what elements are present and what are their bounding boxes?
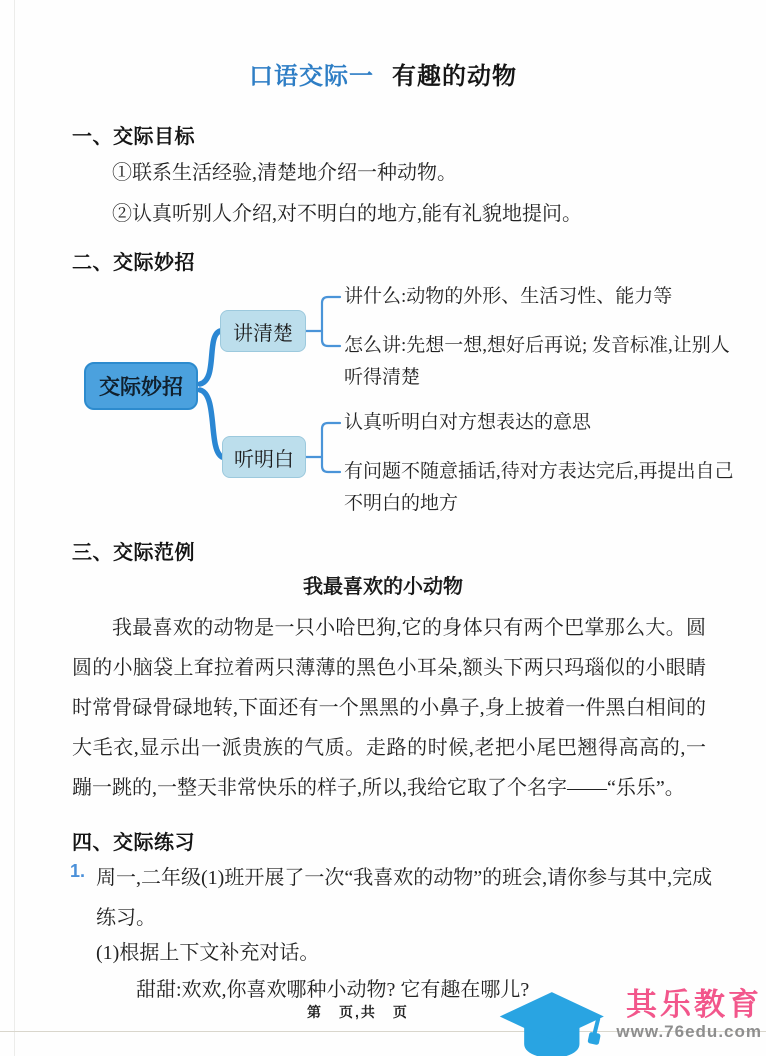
mindmap-leaf-no-interrupt: 有问题不随意插话,待对方表达完后,再提出自己不明白的地方 bbox=[344, 456, 740, 520]
lesson-unit-title: 口语交际一 bbox=[249, 63, 374, 90]
mindmap-branch-listen-well: 听明白 bbox=[222, 436, 306, 478]
goal-item-1: ①联系生活经验,清楚地介绍一种动物。 bbox=[112, 156, 457, 185]
publisher-name: 其乐教育 bbox=[626, 988, 762, 1022]
dialogue-line: 甜甜:欢欢,你喜欢哪种小动物? 它有趣在哪儿? bbox=[136, 973, 529, 1002]
section-heading-practice: 四、交际练习 bbox=[72, 826, 195, 855]
essay-title: 我最喜欢的小动物 bbox=[0, 570, 766, 599]
mindmap-leaf-what-to-say: 讲什么:动物的外形、生活习性、能力等 bbox=[344, 284, 740, 310]
page-edge-line bbox=[14, 0, 15, 1056]
goal-item-2: ②认真听别人介绍,对不明白的地方,能有礼貌地提问。 bbox=[112, 197, 582, 226]
mindmap-branch-speak-clearly: 讲清楚 bbox=[220, 310, 306, 352]
mindmap-root-node: 交际妙招 bbox=[84, 362, 198, 410]
section-heading-tips: 二、交际妙招 bbox=[72, 246, 195, 275]
publisher-logo-text: 其乐教育 www.76edu.com bbox=[616, 988, 762, 1042]
lesson-topic-title: 有趣的动物 bbox=[392, 63, 517, 90]
mindmap-diagram: 交际妙招 讲清楚 听明白 讲什么:动物的外形、生活习性、能力等 怎么讲:先想一想… bbox=[60, 278, 740, 526]
section-heading-goals: 一、交际目标 bbox=[72, 120, 195, 149]
graduation-cap-icon bbox=[490, 982, 612, 1056]
exercise-text: 周一,二年级(1)班开展了一次“我喜欢的动物”的班会,请你参与其中,完成练习。 bbox=[96, 858, 714, 938]
publisher-url: www.76edu.com bbox=[616, 1022, 762, 1042]
page-title: 口语交际一有趣的动物 bbox=[0, 56, 766, 91]
essay-body: 我最喜欢的动物是一只小哈巴狗,它的身体只有两个巴掌那么大。圆圆的小脑袋上耷拉着两… bbox=[72, 608, 706, 808]
worksheet-page: 口语交际一有趣的动物 一、交际目标 ①联系生活经验,清楚地介绍一种动物。 ②认真… bbox=[0, 0, 766, 1056]
exercise-1: 1. 周一,二年级(1)班开展了一次“我喜欢的动物”的班会,请你参与其中,完成练… bbox=[70, 858, 714, 938]
mindmap-leaf-how-to-say: 怎么讲:先想一想,想好后再说; 发音标准,让别人听得清楚 bbox=[344, 330, 740, 394]
sub-question-1: (1)根据上下文补充对话。 bbox=[96, 936, 319, 965]
publisher-logo: 其乐教育 www.76edu.com bbox=[490, 982, 762, 1056]
section-heading-example: 三、交际范例 bbox=[72, 536, 195, 565]
exercise-number: 1. bbox=[70, 858, 96, 938]
mindmap-leaf-listen-meaning: 认真听明白对方想表达的意思 bbox=[344, 410, 740, 436]
